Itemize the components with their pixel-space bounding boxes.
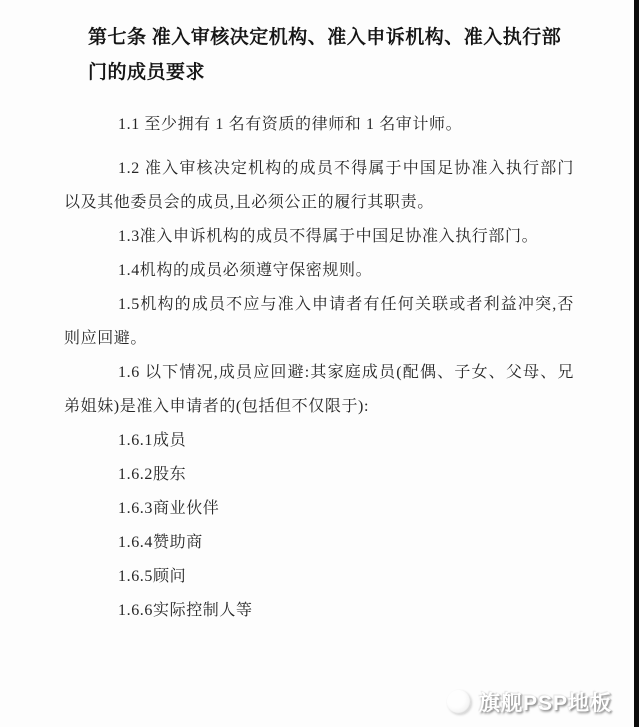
list-item-1-6-4: 1.6.4赞助商 <box>64 526 574 560</box>
paragraph-1-1: 1.1 至少拥有 1 名有资质的律师和 1 名审计师。 <box>64 108 574 142</box>
watermark: 旗舰PSP地板 <box>447 687 612 717</box>
list-item-1-6-1: 1.6.1成员 <box>64 424 574 458</box>
document-content: 第七条 准入审核决定机构、准入申诉机构、准入执行部门的成员要求 1.1 至少拥有… <box>0 0 640 628</box>
paragraph-1-2: 1.2 准入审核决定机构的成员不得属于中国足协准入执行部门以及其他委员会的成员,… <box>64 152 574 220</box>
paragraph-1-4: 1.4机构的成员必须遵守保密规则。 <box>64 254 574 288</box>
watermark-text: 旗舰PSP地板 <box>479 687 612 717</box>
paragraph-1-3: 1.3准入申诉机构的成员不得属于中国足协准入执行部门。 <box>64 220 574 254</box>
list-item-1-6-3: 1.6.3商业伙伴 <box>64 492 574 526</box>
scanned-document-page: 第七条 准入审核决定机构、准入申诉机构、准入执行部门的成员要求 1.1 至少拥有… <box>0 0 640 727</box>
watermark-emblem-icon <box>447 690 471 714</box>
right-edge-scan-bar <box>634 0 639 727</box>
paragraph-1-5: 1.5机构的成员不应与准入申请者有任何关联或者利益冲突,否则应回避。 <box>64 288 574 356</box>
list-item-1-6-6: 1.6.6实际控制人等 <box>64 594 574 628</box>
list-item-1-6-5: 1.6.5顾问 <box>64 560 574 594</box>
article-body: 1.1 至少拥有 1 名有资质的律师和 1 名审计师。 1.2 准入审核决定机构… <box>64 108 574 628</box>
list-item-1-6-2: 1.6.2股东 <box>64 458 574 492</box>
article-title: 第七条 准入审核决定机构、准入申诉机构、准入执行部门的成员要求 <box>64 20 574 90</box>
paragraph-1-6: 1.6 以下情况,成员应回避:其家庭成员(配偶、子女、父母、兄弟姐妹)是准入申请… <box>64 356 574 424</box>
